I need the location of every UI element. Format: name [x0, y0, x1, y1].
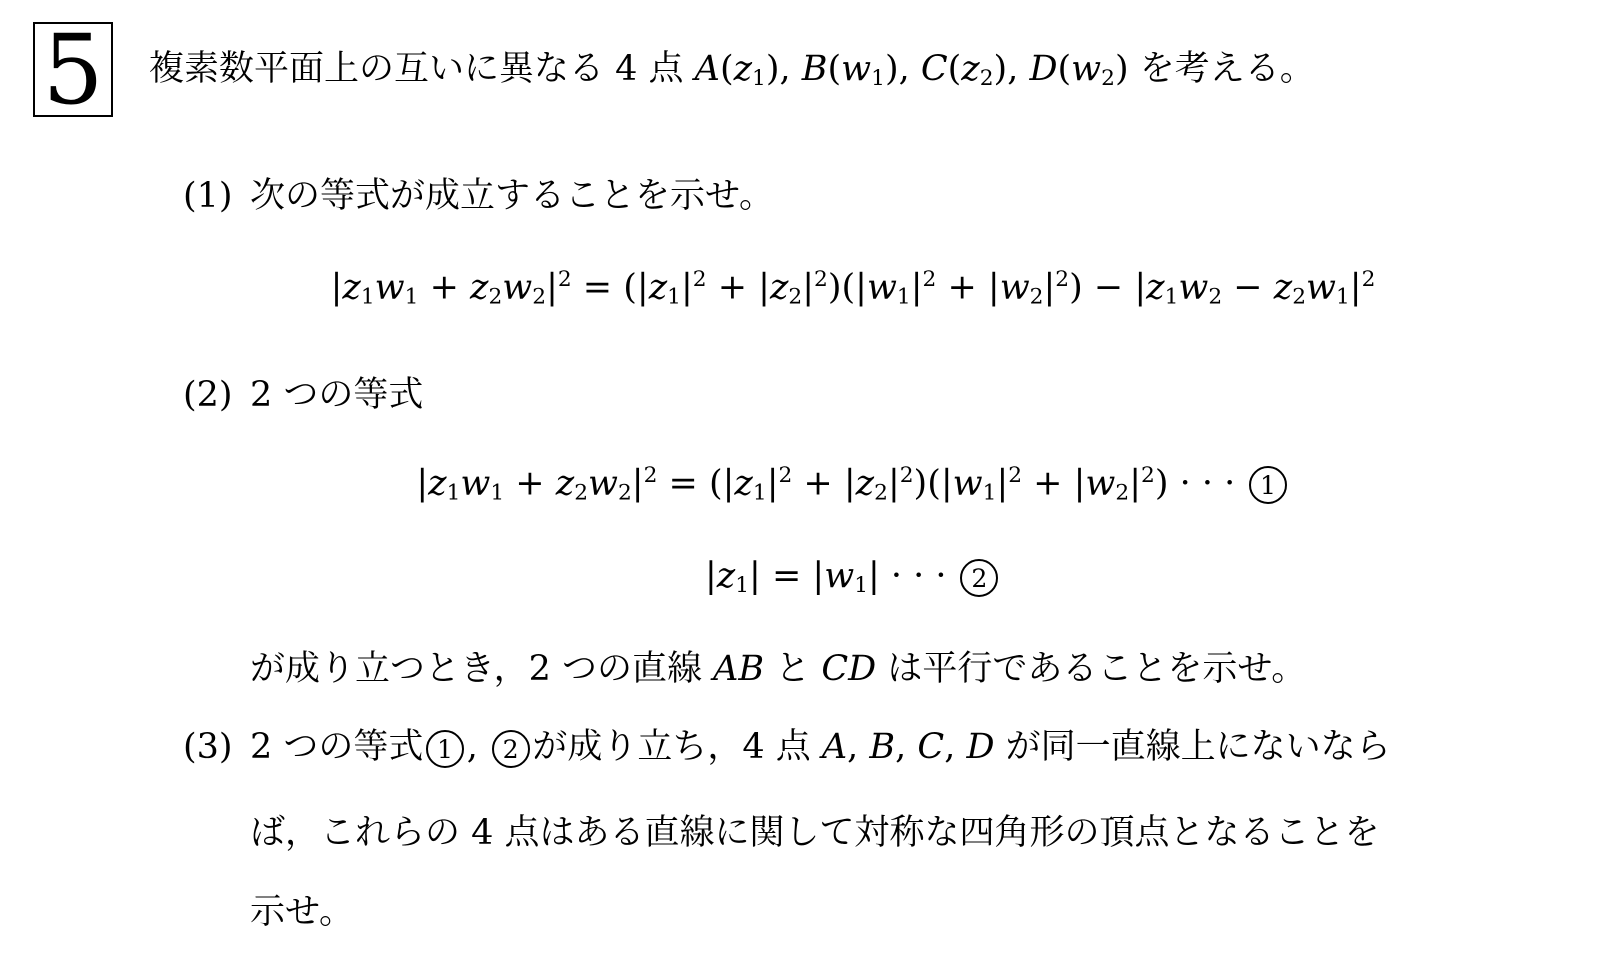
- text-segment: z: [961, 49, 979, 89]
- text-segment: (: [720, 49, 734, 89]
- part-2: (2) 2 つの等式: [183, 374, 1611, 418]
- text-segment: 2: [1292, 284, 1306, 309]
- text-segment: z: [1146, 267, 1164, 307]
- text-segment: 2: [574, 480, 588, 505]
- part-1: (1) 次の等式が成立することを示せ。: [183, 175, 1611, 219]
- text-segment: 複素数平面上の互いに異なる 4 点: [149, 49, 695, 89]
- text-segment: 1: [490, 480, 504, 505]
- text-segment: 2: [693, 267, 707, 292]
- text-segment: |: [1129, 464, 1141, 504]
- text-segment: w: [867, 267, 897, 307]
- text-segment: w: [953, 464, 983, 504]
- problem-statement: 複素数平面上の互いに異なる 4 点 A(z1), B(w1), C(z2), D…: [149, 48, 1315, 92]
- text-segment: を考える。: [1129, 49, 1315, 89]
- text-segment: 2: [1141, 463, 1155, 488]
- text-segment: 1: [1336, 284, 1350, 309]
- text-segment: 1: [405, 284, 419, 309]
- text-segment: は平行であることを示せ。: [876, 649, 1306, 689]
- text-segment: ,: [944, 727, 966, 767]
- text-segment: 示せ。: [250, 892, 354, 932]
- text-segment: ,: [847, 727, 869, 767]
- text-segment: 2: [1208, 284, 1222, 309]
- text-segment: 2 つの等式: [250, 727, 423, 767]
- text-segment: 2: [488, 284, 502, 309]
- text-segment: +: [504, 464, 556, 504]
- text-segment: 2: [1101, 65, 1115, 90]
- text-segment: w: [1000, 267, 1030, 307]
- text-segment: ),: [885, 49, 921, 89]
- text-segment: ) · · ·: [1155, 464, 1247, 504]
- problem-number: 5: [42, 22, 103, 118]
- text-segment: | = |: [749, 556, 824, 596]
- text-segment: 2: [618, 480, 632, 505]
- text-segment: と: [764, 649, 821, 689]
- text-segment: 次の等式が成立することを示せ。: [250, 176, 774, 216]
- text-segment: |: [416, 464, 428, 504]
- text-segment: 2: [558, 267, 572, 292]
- text-segment: ば，これらの 4 点はある直線に関して対称な四角形の頂点となることを: [250, 813, 1380, 853]
- text-segment: z: [556, 464, 574, 504]
- text-segment: ),: [766, 49, 802, 89]
- text-segment: w: [841, 49, 871, 89]
- text-segment: B: [869, 727, 895, 767]
- text-segment: 2: [778, 463, 792, 488]
- text-segment: w: [1085, 464, 1115, 504]
- text-segment: |: [911, 267, 923, 307]
- text-segment: 2: [874, 480, 888, 505]
- text-segment: z: [342, 267, 360, 307]
- formula-equation-2: |z1| = |w1| · · · 2: [0, 555, 1611, 599]
- text-segment: | · · ·: [868, 556, 958, 596]
- part-3-line-1: 2 つの等式1, 2が成り立ち，4 点 A, B, C, D が同一直線上にない…: [250, 726, 1391, 770]
- text-segment: |: [681, 267, 693, 307]
- text-segment: 1: [753, 480, 767, 505]
- text-segment: |: [767, 464, 779, 504]
- text-segment: |: [996, 464, 1008, 504]
- part-1-label: (1): [183, 175, 250, 219]
- text-segment: 1: [871, 65, 885, 90]
- problem-page: 5 複素数平面上の互いに異なる 4 点 A(z1), B(w1), C(z2),…: [0, 0, 1611, 971]
- text-segment: AB: [713, 649, 764, 689]
- text-segment: ) − |: [1069, 267, 1146, 307]
- text-segment: z: [770, 267, 788, 307]
- text-segment: 1: [361, 284, 375, 309]
- text-segment: w: [375, 267, 405, 307]
- text-segment: )(|: [914, 464, 953, 504]
- text-segment: w: [460, 464, 490, 504]
- text-segment: 2: [788, 284, 802, 309]
- text-segment: (: [948, 49, 962, 89]
- text-segment: )(|: [828, 267, 867, 307]
- text-segment: 2: [532, 284, 546, 309]
- text-segment: z: [470, 267, 488, 307]
- formula-equation-1: |z1w1 + z2w2|2 = (|z1|2 + |z2|2)(|w1|2 +…: [0, 462, 1611, 506]
- text-segment: 1: [854, 573, 868, 598]
- text-segment: 2: [1008, 463, 1022, 488]
- text-segment: w: [1071, 49, 1101, 89]
- part-2-text: 2 つの等式: [250, 374, 423, 418]
- text-segment: が成り立ち，4 点: [532, 727, 822, 767]
- text-segment: 1: [983, 480, 997, 505]
- text-segment: ,: [467, 727, 489, 767]
- text-segment: C: [921, 49, 948, 89]
- text-segment: ): [1115, 49, 1129, 89]
- formula-part-1: |z1w1 + z2w2|2 = (|z1|2 + |z2|2)(|w1|2 +…: [0, 266, 1611, 310]
- text-segment: (: [1058, 49, 1072, 89]
- text-segment: z: [734, 49, 752, 89]
- text-segment: 1: [1165, 284, 1179, 309]
- text-segment: 1: [447, 480, 461, 505]
- text-segment: 1: [897, 284, 911, 309]
- text-segment: 2: [644, 463, 658, 488]
- text-segment: 2: [814, 267, 828, 292]
- text-segment: w: [502, 267, 532, 307]
- text-segment: |: [331, 267, 343, 307]
- text-segment: |: [802, 267, 814, 307]
- text-segment: −: [1222, 267, 1274, 307]
- text-segment: 2: [900, 463, 914, 488]
- part-3-line-2: ば，これらの 4 点はある直線に関して対称な四角形の頂点となることを: [250, 812, 1611, 856]
- text-segment: + |: [1022, 464, 1085, 504]
- text-segment: 2: [980, 65, 994, 90]
- part-2-closing: が成り立つとき，2 つの直線 AB と CD は平行であることを示せ。: [250, 648, 1611, 692]
- text-segment: w: [1306, 267, 1336, 307]
- text-segment: 2: [1055, 267, 1069, 292]
- text-segment: |: [546, 267, 558, 307]
- text-segment: が同一直線上にないなら: [995, 727, 1391, 767]
- text-segment: + |: [707, 267, 770, 307]
- text-segment: 2 つの等式: [250, 375, 423, 415]
- text-segment: A: [695, 49, 720, 89]
- text-segment: z: [649, 267, 667, 307]
- text-segment: ),: [994, 49, 1030, 89]
- text-segment: w: [588, 464, 618, 504]
- part-3-line-3: 示せ。: [250, 891, 1611, 935]
- circled-number: 1: [426, 730, 464, 768]
- text-segment: + |: [936, 267, 999, 307]
- circled-number: 1: [1249, 466, 1287, 504]
- problem-header: 5 複素数平面上の互いに異なる 4 点 A(z1), B(w1), C(z2),…: [33, 22, 1611, 117]
- text-segment: 2: [1030, 284, 1044, 309]
- text-segment: |: [632, 464, 644, 504]
- text-segment: 2: [923, 267, 937, 292]
- text-segment: A: [822, 727, 847, 767]
- text-segment: D: [966, 727, 994, 767]
- text-segment: = (|: [572, 267, 649, 307]
- text-segment: |: [888, 464, 900, 504]
- text-segment: |: [1350, 267, 1362, 307]
- part-3-label: (3): [183, 726, 250, 770]
- text-segment: z: [717, 556, 735, 596]
- text-segment: z: [1274, 267, 1292, 307]
- text-segment: C: [917, 727, 944, 767]
- text-segment: z: [734, 464, 752, 504]
- circled-number: 2: [492, 730, 530, 768]
- text-segment: CD: [821, 649, 876, 689]
- text-segment: 2: [1115, 480, 1129, 505]
- text-segment: + |: [792, 464, 855, 504]
- text-segment: z: [856, 464, 874, 504]
- text-segment: D: [1029, 49, 1057, 89]
- text-segment: 1: [735, 573, 749, 598]
- part-1-text: 次の等式が成立することを示せ。: [250, 175, 774, 219]
- text-segment: 1: [752, 65, 766, 90]
- part-2-label: (2): [183, 374, 250, 418]
- text-segment: |: [705, 556, 717, 596]
- text-segment: w: [824, 556, 854, 596]
- text-segment: w: [1178, 267, 1208, 307]
- text-segment: ,: [895, 727, 917, 767]
- text-segment: 2: [1362, 267, 1376, 292]
- text-segment: B: [802, 49, 828, 89]
- circled-number: 2: [960, 559, 998, 597]
- text-segment: = (|: [657, 464, 734, 504]
- part-3: (3) 2 つの等式1, 2が成り立ち，4 点 A, B, C, D が同一直線…: [183, 726, 1611, 770]
- text-segment: が成り立つとき，2 つの直線: [250, 649, 713, 689]
- text-segment: z: [428, 464, 446, 504]
- problem-number-box: 5: [33, 22, 113, 117]
- text-segment: +: [418, 267, 470, 307]
- text-segment: 1: [667, 284, 681, 309]
- text-segment: |: [1043, 267, 1055, 307]
- text-segment: (: [828, 49, 842, 89]
